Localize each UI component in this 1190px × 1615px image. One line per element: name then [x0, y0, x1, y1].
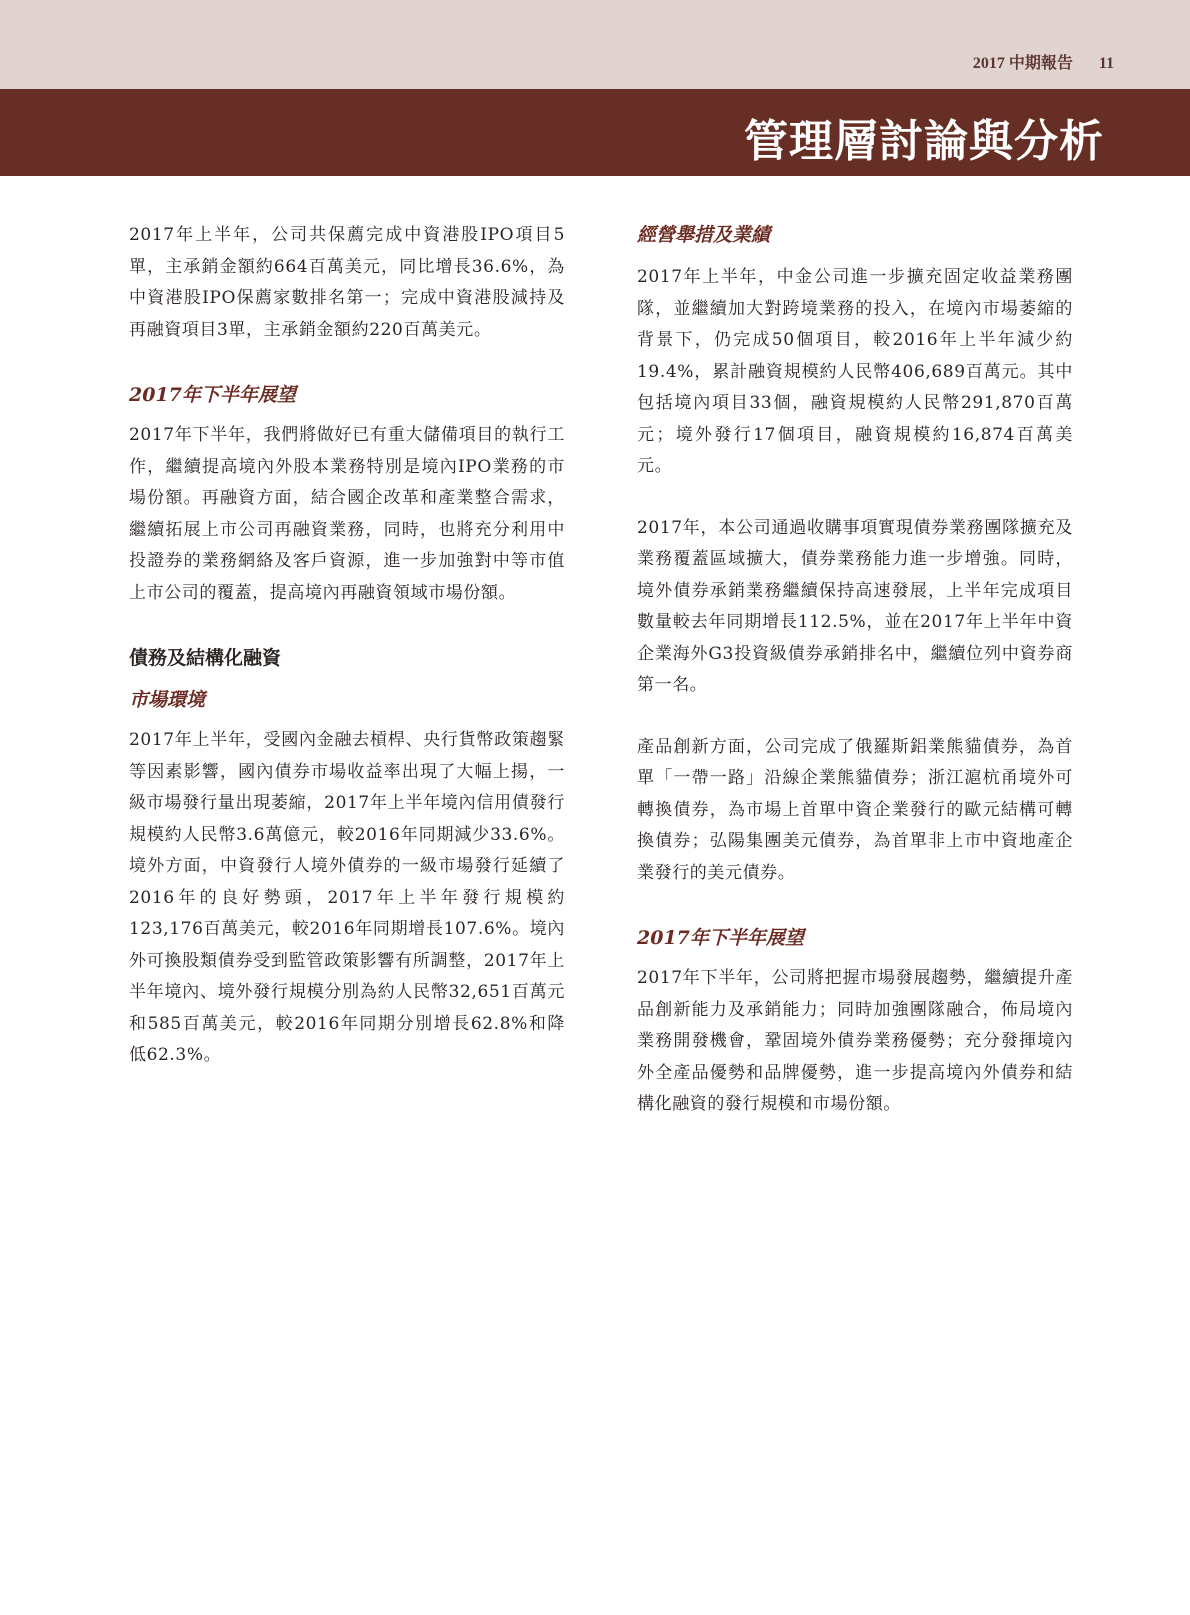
left-column: 2017年上半年，公司共保薦完成中資港股IPO項目5單，主承銷金額約664百萬美…: [129, 220, 565, 1072]
page-number: 11: [1099, 55, 1114, 72]
market-environment-heading: 市場環境: [129, 685, 565, 715]
debt-section-heading: 債務及結構化融資: [129, 643, 565, 673]
debt-outlook-paragraph: 2017年下半年，公司將把握市場發展趨勢，繼續提升產品創新能力及承銷能力；同時加…: [637, 963, 1073, 1121]
top-header-band: 2017 中期報告11: [0, 0, 1190, 89]
page-title: 管理層討論與分析: [744, 105, 1104, 169]
ipo-summary-paragraph: 2017年上半年，公司共保薦完成中資港股IPO項目5單，主承銷金額約664百萬美…: [129, 220, 565, 346]
report-label: 2017 中期報告: [973, 55, 1073, 72]
market-environment-paragraph: 2017年上半年，受國內金融去槓桿、央行貨幣政策趨緊等因素影響，國內債券市場收益…: [129, 725, 565, 1072]
running-head: 2017 中期報告11: [973, 50, 1114, 73]
right-column: 經營舉措及業績 2017年上半年，中金公司進一步擴充固定收益業務團隊，並繼續加大…: [637, 220, 1073, 1121]
title-band: 管理層討論與分析: [0, 89, 1190, 176]
equity-outlook-paragraph: 2017年下半年，我們將做好已有重大儲備項目的執行工作，繼續提高境內外股本業務特…: [129, 420, 565, 609]
equity-outlook-heading: 2017年下半年展望: [129, 380, 565, 410]
operations-paragraph-2: 2017年，本公司通過收購事項實現債券業務團隊擴充及業務覆蓋區域擴大，債券業務能…: [637, 513, 1073, 702]
operations-heading: 經營舉措及業績: [637, 220, 1073, 250]
operations-paragraph-3: 產品創新方面，公司完成了俄羅斯鋁業熊貓債券，為首單「一帶一路」沿線企業熊貓債券；…: [637, 732, 1073, 890]
debt-outlook-heading: 2017年下半年展望: [637, 923, 1073, 953]
operations-paragraph-1: 2017年上半年，中金公司進一步擴充固定收益業務團隊，並繼續加大對跨境業務的投入…: [637, 262, 1073, 483]
